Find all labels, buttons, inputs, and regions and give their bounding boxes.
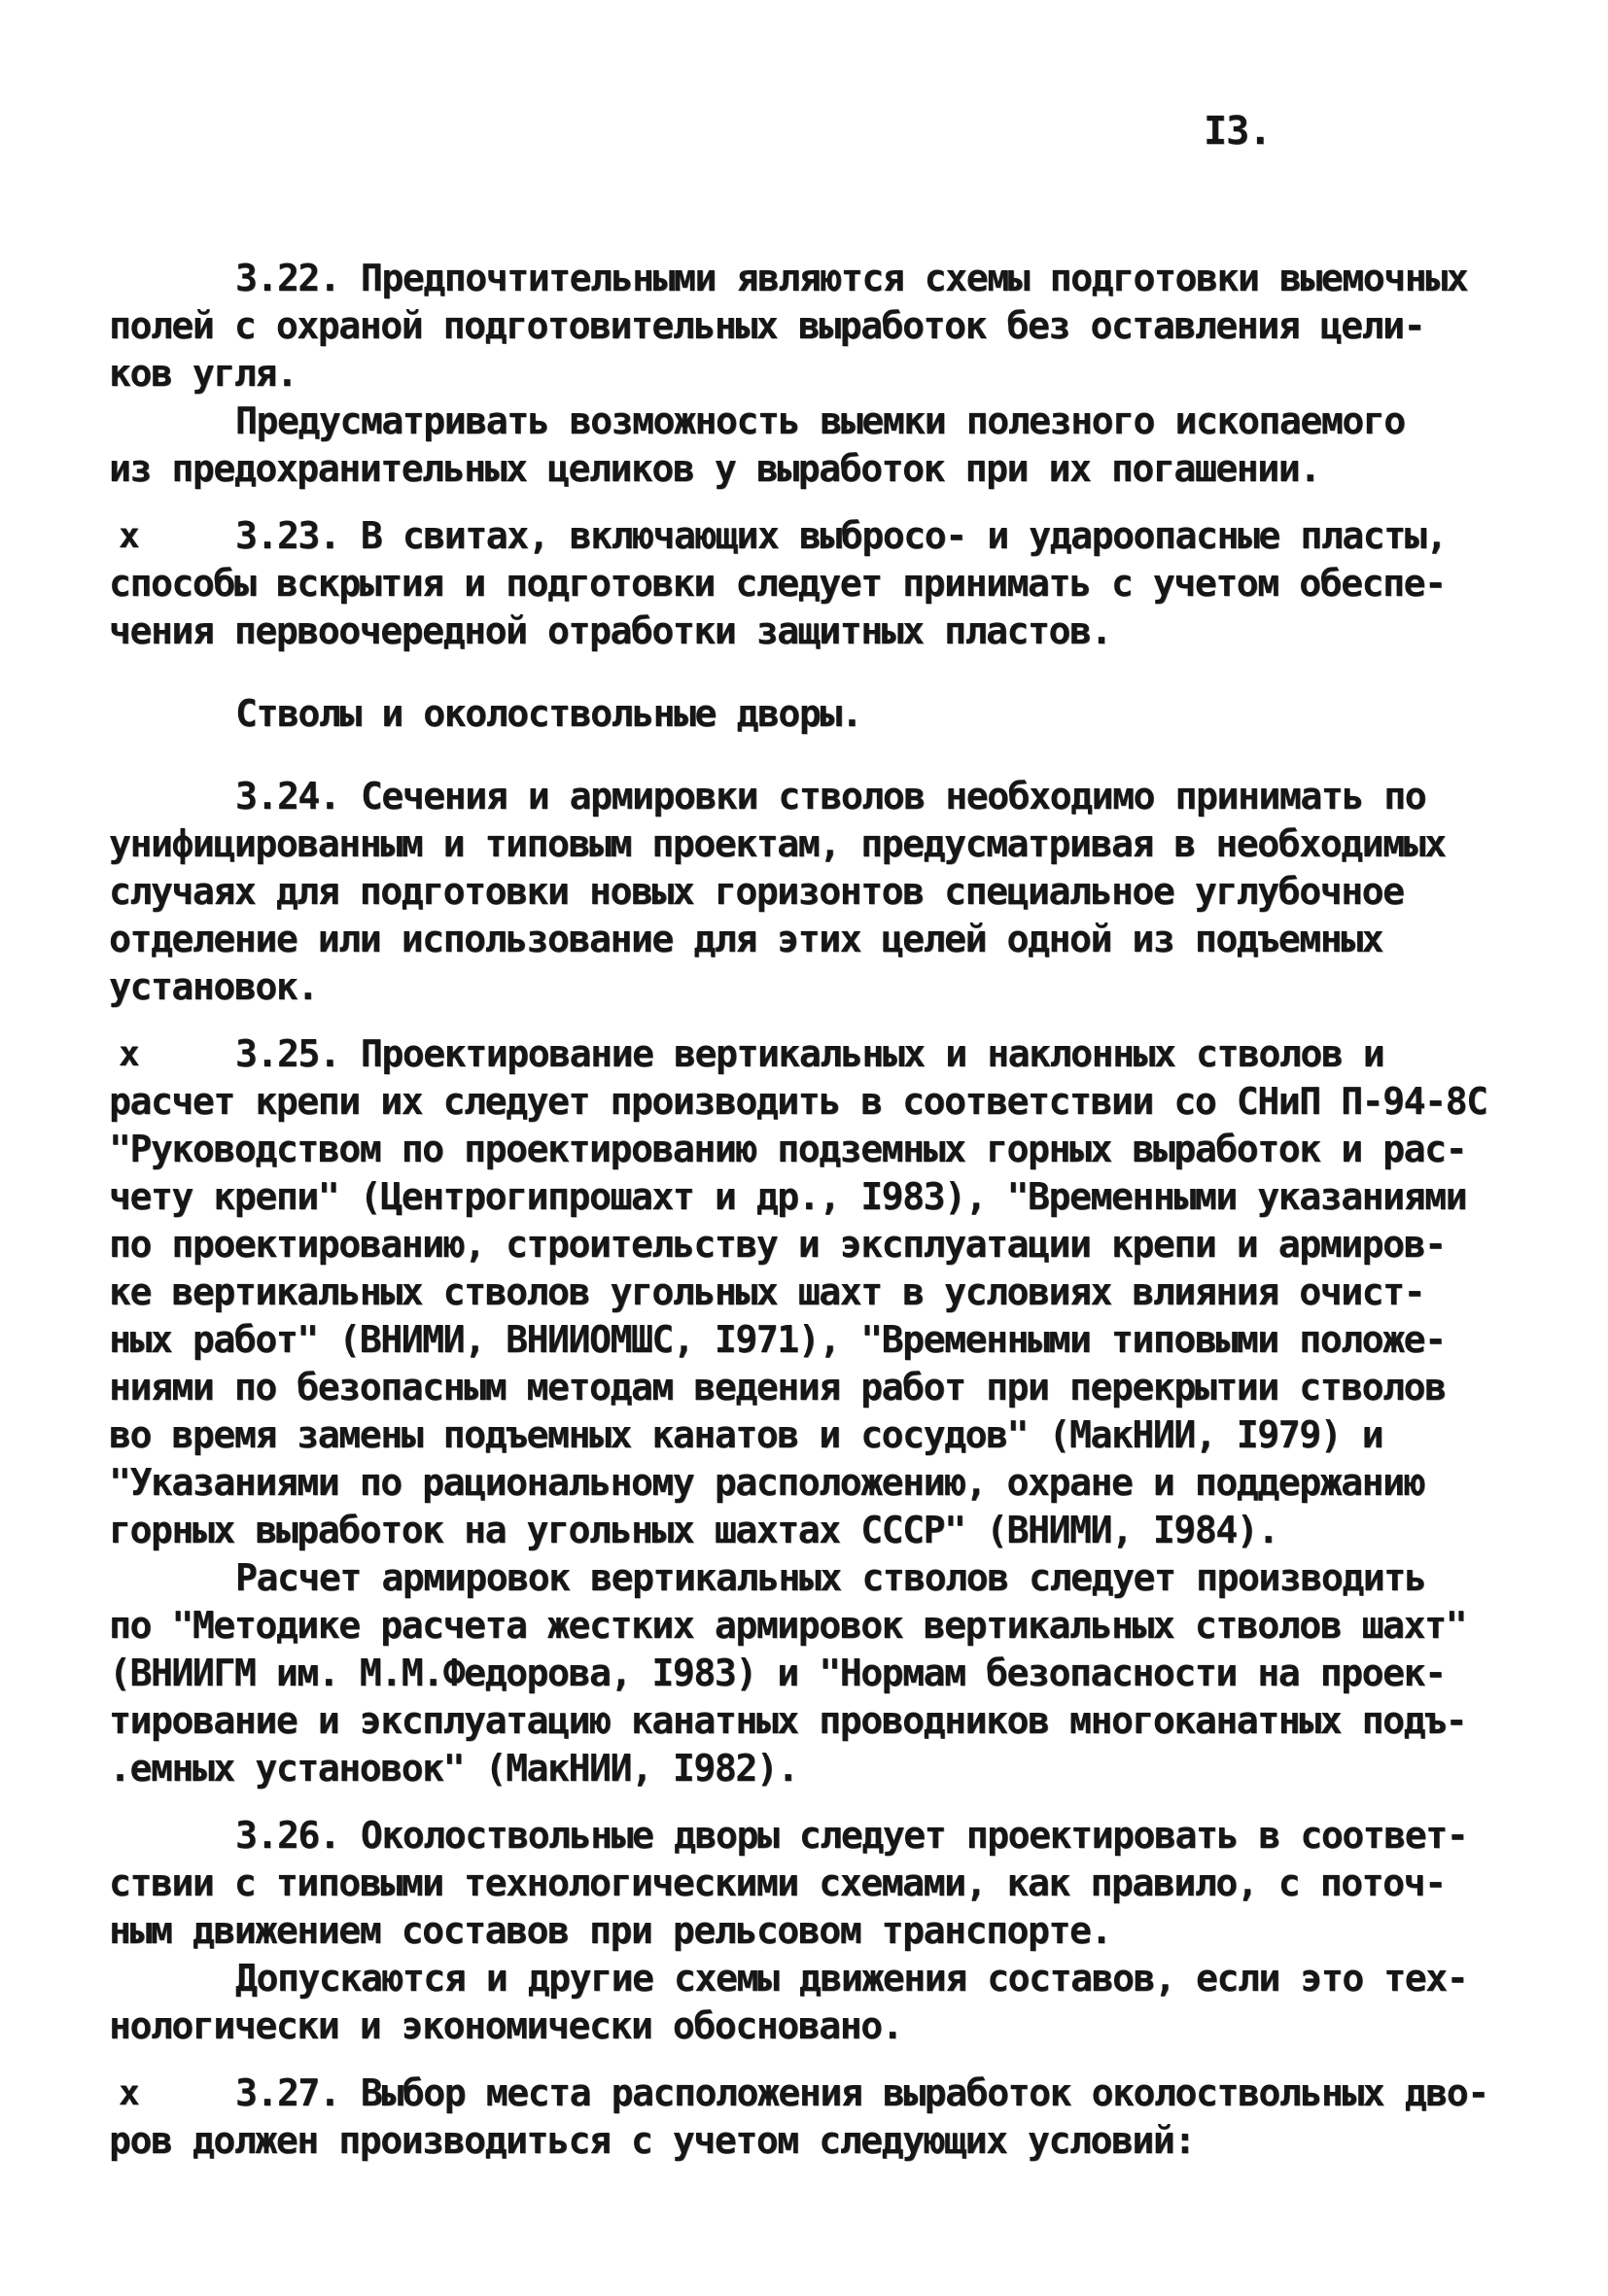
text-line: 3.22. Предпочтительными являются схемы п… — [109, 255, 1519, 302]
text-line: ров должен производиться с учетом следую… — [109, 2117, 1519, 2165]
text-line: ков угля. — [109, 350, 1519, 398]
heading-line: Стволы и околоствольные дворы. — [109, 690, 1519, 738]
revision-marker: х — [119, 512, 138, 560]
scanned-document-page: I3. 3.22. Предпочтительными являются схе… — [0, 0, 1608, 2296]
text-line: чету крепи" (Центрогипрошахт и др., I983… — [109, 1173, 1519, 1221]
paragraph-3-24: 3.24. Сечения и армировки стволов необхо… — [109, 773, 1519, 1011]
revision-marker: х — [119, 2070, 138, 2117]
text-line: нологически и экономически обосновано. — [109, 2002, 1519, 2050]
text-line: 3.27. Выбор места расположения выработок… — [109, 2070, 1519, 2117]
text-line: во время замены подъемных канатов и сосу… — [109, 1411, 1519, 1459]
text-line: тирование и эксплуатацию канатных провод… — [109, 1697, 1519, 1745]
paragraph-3-27: х 3.27. Выбор места расположения выработ… — [109, 2070, 1519, 2165]
paragraph-3-25: х 3.25. Проектирование вертикальных и на… — [109, 1030, 1519, 1554]
text-line: отделение или использование для этих цел… — [109, 916, 1519, 963]
text-line: .емных установок" (МакНИИ, I982). — [109, 1745, 1519, 1792]
text-line: 3.24. Сечения и армировки стволов необхо… — [109, 773, 1519, 820]
text-line: (ВНИИГМ им. М.М.Федорова, I983) и "Норма… — [109, 1650, 1519, 1697]
text-line: из предохранительных целиков у выработок… — [109, 445, 1519, 493]
text-line: по "Методике расчета жестких армировок в… — [109, 1602, 1519, 1650]
text-line: Допускаются и другие схемы движения сост… — [109, 1955, 1519, 2002]
text-line: 3.25. Проектирование вертикальных и накл… — [109, 1030, 1519, 1078]
text-line: 3.26. Околоствольные дворы следует проек… — [109, 1812, 1519, 1860]
text-line: установок. — [109, 963, 1519, 1011]
document-content: 3.22. Предпочтительными являются схемы п… — [109, 255, 1519, 2165]
text-line: ным движением составов при рельсовом тра… — [109, 1907, 1519, 1955]
text-line: способы вскрытия и подготовки следует пр… — [109, 560, 1519, 608]
text-line: ниями по безопасным методам ведения рабо… — [109, 1364, 1519, 1411]
text-line: полей с охраной подготовительных выработ… — [109, 302, 1519, 350]
paragraph-3-26: 3.26. Околоствольные дворы следует проек… — [109, 1812, 1519, 1955]
paragraph-3-25-continuation: Расчет армировок вертикальных стволов сл… — [109, 1554, 1519, 1792]
paragraph-3-23: х 3.23. В свитах, включающих выбросо- и … — [109, 512, 1519, 655]
paragraph-3-22: 3.22. Предпочтительными являются схемы п… — [109, 255, 1519, 398]
text-line: 3.23. В свитах, включающих выбросо- и уд… — [109, 512, 1519, 560]
page-number: I3. — [1204, 109, 1271, 154]
text-line: "Указаниями по рациональному расположени… — [109, 1459, 1519, 1507]
text-line: расчет крепи их следует производить в со… — [109, 1078, 1519, 1126]
text-line: ке вертикальных стволов угольных шахт в … — [109, 1269, 1519, 1316]
paragraph-3-26-continuation: Допускаются и другие схемы движения сост… — [109, 1955, 1519, 2050]
section-heading: Стволы и околоствольные дворы. — [109, 690, 1519, 738]
text-line: Предусматривать возможность выемки полез… — [109, 398, 1519, 445]
paragraph-3-22-continuation: Предусматривать возможность выемки полез… — [109, 398, 1519, 493]
text-line: по проектированию, строительству и экспл… — [109, 1221, 1519, 1269]
text-line: ствии с типовыми технологическими схемам… — [109, 1860, 1519, 1907]
text-line: ных работ" (ВНИМИ, ВНИИОМШС, I971), "Вре… — [109, 1316, 1519, 1364]
text-line: случаях для подготовки новых горизонтов … — [109, 868, 1519, 916]
text-line: горных выработок на угольных шахтах СССР… — [109, 1507, 1519, 1554]
text-line: "Руководством по проектированию подземны… — [109, 1126, 1519, 1173]
text-line: чения первоочередной отработки защитных … — [109, 608, 1519, 655]
text-line: унифицированным и типовым проектам, пред… — [109, 820, 1519, 868]
revision-marker: х — [119, 1030, 138, 1078]
text-line: Расчет армировок вертикальных стволов сл… — [109, 1554, 1519, 1602]
